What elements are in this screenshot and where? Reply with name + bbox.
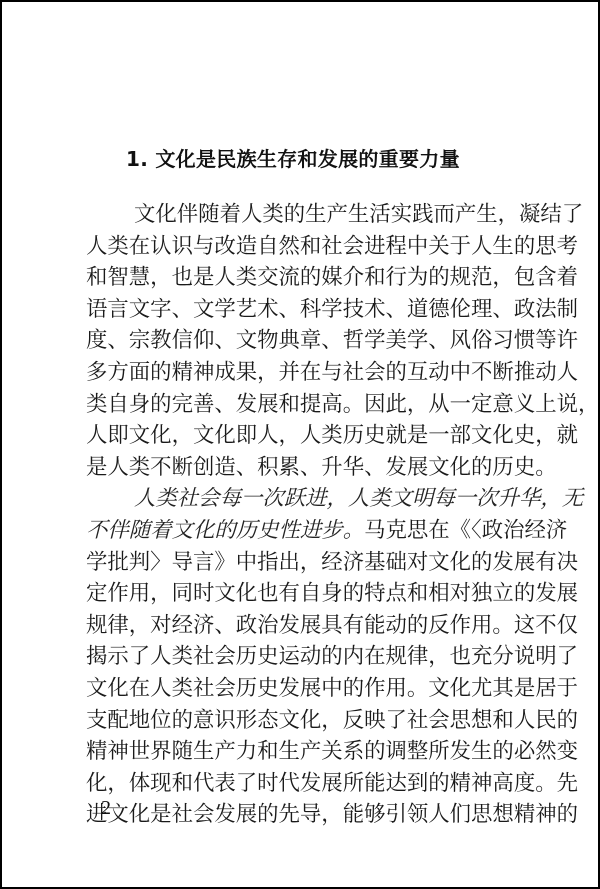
section-title: 1. 文化是民族生存和发展的重要力量 [126,145,460,173]
text-line: 多方面的精神成果，并在与社会的互动中不断推动人 [86,357,534,389]
text-line: 类自身的完善、发展和提高。因此，从一定意义上说， [86,389,534,421]
text-line: 精神世界随生产力和生产关系的调整所发生的必然变 [86,736,534,768]
text-line: 支配地位的意识形态文化，反映了社会思想和人民的 [86,705,534,737]
text-line: 度、宗教信仰、文物典章、哲学美学、风俗习惯等许 [86,325,534,357]
text-line: 文化伴随着人类的生产生活实践而产生，凝结了 [86,199,534,231]
text-line: 文化在人类社会历史发展中的作用。文化尤其是居于 [86,673,534,705]
document-page: 1. 文化是民族生存和发展的重要力量 文化伴随着人类的生产生活实践而产生，凝结了… [0,0,600,889]
text-line: 和智慧，也是人类交流的媒介和行为的规范，包含着 [86,262,534,294]
text-line: 语言文字、文学艺术、科学技术、道德伦理、政法制 [86,294,534,326]
text-line: 进文化是社会发展的先导，能够引领人们思想精神的 [86,799,534,831]
paragraph-2: 人类社会每一次跃进，人类文明每一次升华，无 不伴随着文化的历史性进步。马克思在《… [86,483,534,831]
text-line: 不伴随着文化的历史性进步。马克思在《〈政治经济 [86,515,534,547]
text-line: 揭示了人类社会历史运动的内在规律，也充分说明了 [86,641,534,673]
page-number: 2 [101,797,111,820]
text-line: 学批判〉导言》中指出，经济基础对文化的发展有决 [86,547,534,579]
text-span: 马克思在《〈政治经济 [364,518,567,543]
text-emphasis: 不伴随着文化的历史性进步。 [86,518,364,543]
body-text: 文化伴随着人类的生产生活实践而产生，凝结了 人类在认识与改造自然和社会进程中关于… [86,199,534,831]
text-line: 化，体现和代表了时代发展所能达到的精神高度。先 [86,768,534,800]
paragraph-1: 文化伴随着人类的生产生活实践而产生，凝结了 人类在认识与改造自然和社会进程中关于… [86,199,534,483]
text-line: 规律，对经济、政治发展具有能动的反作用。这不仅 [86,610,534,642]
text-line: 定作用，同时文化也有自身的特点和相对独立的发展 [86,578,534,610]
text-line: 人类在认识与改造自然和社会进程中关于人生的思考 [86,231,534,263]
text-line: 人即文化，文化即人，人类历史就是一部文化史，就 [86,420,534,452]
text-line-emphasis: 人类社会每一次跃进，人类文明每一次升华，无 [86,483,534,515]
text-line: 是人类不断创造、积累、升华、发展文化的历史。 [86,452,534,484]
